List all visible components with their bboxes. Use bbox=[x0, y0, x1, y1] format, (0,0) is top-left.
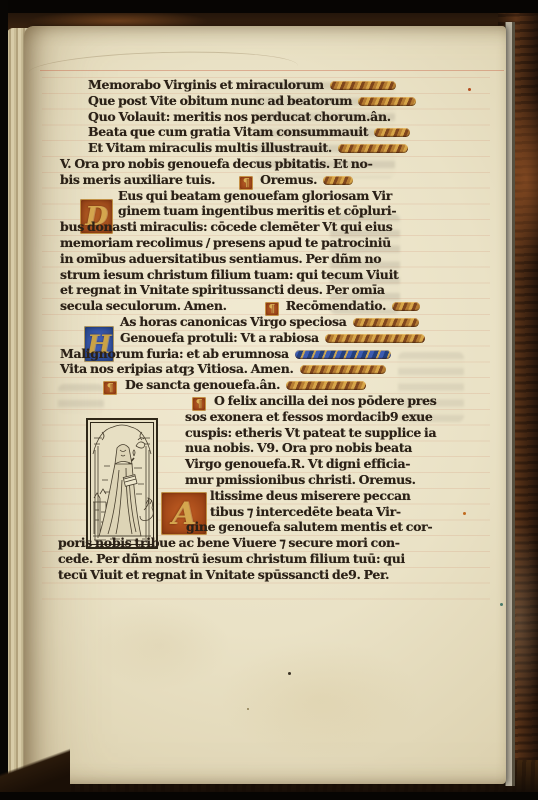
line-text: Quo Volauit: meritis nos perducat chorum… bbox=[88, 109, 391, 124]
photo-border-left bbox=[0, 0, 8, 800]
line-filler-ornament-blue bbox=[295, 350, 391, 359]
line-filler-ornament bbox=[330, 81, 396, 90]
text-line: Eus qui beatam genouefam gloriosam Vir bbox=[58, 188, 410, 204]
photo-border-top bbox=[0, 0, 538, 13]
text-line: et regnat in Vnitate spiritussancti deus… bbox=[58, 282, 410, 298]
line-text: gine genouefa salutem mentis et cor- bbox=[186, 519, 432, 534]
text-line: cuspis: etheris Vt pateat te supplice ia bbox=[58, 425, 410, 441]
line-text: Beata que cum gratia Vitam consummauit bbox=[88, 124, 368, 139]
line-text: Memorabo Virginis et miraculorum bbox=[88, 77, 324, 92]
line-text: secula seculorum. Amen. bbox=[60, 298, 227, 313]
page-stain bbox=[90, 600, 230, 690]
line-text: Vita nos eripias atqȝ Vitiosa. Amen. bbox=[60, 361, 294, 376]
text-line: ltissime deus miserere peccan bbox=[58, 488, 410, 504]
line-text: O felix ancilla dei nos pōdere pres bbox=[214, 393, 436, 408]
text-line: Vita nos eripias atqȝ Vitiosa. Amen. bbox=[58, 361, 410, 377]
line-text: poris nobis tribue ac bene Viuere ⁊ secu… bbox=[58, 535, 400, 550]
paragraph-mark-ornament: ¶ bbox=[103, 381, 117, 395]
line-text: cede. Per dñm nostrū iesum christum fili… bbox=[58, 551, 405, 566]
line-text: Eus qui beatam genouefam gloriosam Vir bbox=[118, 188, 392, 203]
line-text: et regnat in Vnitate spiritussancti deus… bbox=[60, 282, 385, 297]
text-line: Virgo genouefa.R. Vt digni efficia- bbox=[58, 456, 410, 472]
text-line: Malignorum furia: et ab erumnosa bbox=[58, 346, 410, 362]
book-photograph: D H A Memorabo Virginis et miraculorum Q… bbox=[0, 0, 538, 800]
line-text: bis meris auxiliare tuis. bbox=[60, 172, 215, 187]
text-line: strum iesum christum filium tuam: qui te… bbox=[58, 267, 410, 283]
line-text: sos exonera et fessos mordacib9 exue bbox=[185, 409, 433, 424]
line-text: Et Vitam miraculis multis illustrauit. bbox=[88, 140, 332, 155]
line-text: Genouefa protuli: Vt a rabiosa bbox=[120, 330, 319, 345]
text-line: Et Vitam miraculis multis illustrauit. bbox=[58, 140, 410, 156]
line-filler-ornament bbox=[374, 128, 410, 137]
text-line: Genouefa protuli: Vt a rabiosa bbox=[58, 330, 410, 346]
line-text: Virgo genouefa.R. Vt digni efficia- bbox=[185, 456, 410, 471]
line-filler-ornament bbox=[325, 334, 425, 343]
line-text: ginem tuam ingentibus meritis et cōpluri… bbox=[118, 203, 396, 218]
ruling-line-top bbox=[40, 70, 504, 71]
text-line: tecū Viuit et regnat in Vnitate spūssanc… bbox=[58, 567, 410, 583]
text-line: V. Ora pro nobis genouefa decus pbitatis… bbox=[58, 156, 410, 172]
line-filler-ornament bbox=[392, 302, 420, 311]
page-stain bbox=[220, 640, 420, 760]
line-text: ltissime deus miserere peccan bbox=[210, 488, 411, 503]
line-text: cuspis: etheris Vt pateat te supplice ia bbox=[185, 425, 436, 440]
line-filler-ornament bbox=[358, 97, 416, 106]
line-filler-ornament bbox=[338, 144, 408, 153]
line-text: nua nobis. V9. Ora pro nobis beata bbox=[185, 440, 412, 455]
text-block: Memorabo Virginis et miraculorum Que pos… bbox=[58, 77, 410, 583]
line-text: V. Ora pro nobis genouefa decus pbitatis… bbox=[60, 156, 372, 171]
line-text: memoriam recolimus / presens apud te pat… bbox=[60, 235, 391, 250]
line-filler-ornament bbox=[300, 365, 386, 374]
text-line: Beata que cum gratia Vitam consummauit bbox=[58, 124, 410, 140]
line-text: mur pmissionibus christi. Oremus. bbox=[185, 472, 416, 487]
line-text: De sancta genouefa.ân. bbox=[125, 377, 280, 392]
line-filler-ornament bbox=[353, 318, 419, 327]
text-line: gine genouefa salutem mentis et cor- bbox=[58, 519, 410, 535]
line-text: in omībus aduersitatibus sentiamus. Per … bbox=[60, 251, 381, 266]
line-text: As horas canonicas Virgo speciosa bbox=[120, 314, 347, 329]
line-text: bus donasti miraculis: cōcede clemēter V… bbox=[60, 219, 393, 234]
ink-speck bbox=[288, 672, 291, 675]
text-line: bus donasti miraculis: cōcede clemēter V… bbox=[58, 219, 410, 235]
text-line: bis meris auxiliare tuis.¶Oremus. bbox=[58, 172, 410, 188]
line-text: strum iesum christum filium tuam: qui te… bbox=[60, 267, 399, 282]
text-line: ginem tuam ingentibus meritis et cōpluri… bbox=[58, 203, 410, 219]
line-text: Que post Vite obitum nunc ad beatorum bbox=[88, 93, 352, 108]
text-line: Quo Volauit: meritis nos perducat chorum… bbox=[58, 109, 410, 125]
ink-speck bbox=[247, 708, 249, 710]
text-line: ¶O felix ancilla dei nos pōdere pres bbox=[58, 393, 410, 409]
line-text: tibus ⁊ intercedēte beata Vir- bbox=[210, 504, 401, 519]
line-text: Recōmendatio. bbox=[286, 298, 387, 313]
text-line: nua nobis. V9. Ora pro nobis beata bbox=[58, 440, 410, 456]
text-line: As horas canonicas Virgo speciosa bbox=[58, 314, 410, 330]
text-line: tibus ⁊ intercedēte beata Vir- bbox=[58, 504, 410, 520]
line-text: Oremus. bbox=[260, 172, 317, 187]
line-filler-ornament bbox=[323, 176, 353, 185]
line-text: Malignorum furia: et ab erumnosa bbox=[60, 346, 289, 361]
text-line: sos exonera et fessos mordacib9 exue bbox=[58, 409, 410, 425]
line-filler-ornament bbox=[286, 381, 366, 390]
line-text: tecū Viuit et regnat in Vnitate spūssanc… bbox=[58, 567, 389, 582]
ink-speck bbox=[500, 603, 503, 606]
ink-speck bbox=[463, 512, 466, 515]
text-line: memoriam recolimus / presens apud te pat… bbox=[58, 235, 410, 251]
ink-speck bbox=[468, 88, 471, 91]
text-line: poris nobis tribue ac bene Viuere ⁊ secu… bbox=[58, 535, 410, 551]
text-line: Memorabo Virginis et miraculorum bbox=[58, 77, 410, 93]
text-line: in omībus aduersitatibus sentiamus. Per … bbox=[58, 251, 410, 267]
text-line: Que post Vite obitum nunc ad beatorum bbox=[58, 93, 410, 109]
text-line: mur pmissionibus christi. Oremus. bbox=[58, 472, 410, 488]
text-line: ¶De sancta genouefa.ân. bbox=[58, 377, 410, 393]
photo-border-bottom bbox=[0, 792, 538, 800]
page-edge-sliver bbox=[505, 22, 515, 786]
text-line: secula seculorum. Amen.¶Recōmendatio. bbox=[58, 298, 410, 314]
text-line: cede. Per dñm nostrū iesum christum fili… bbox=[58, 551, 410, 567]
